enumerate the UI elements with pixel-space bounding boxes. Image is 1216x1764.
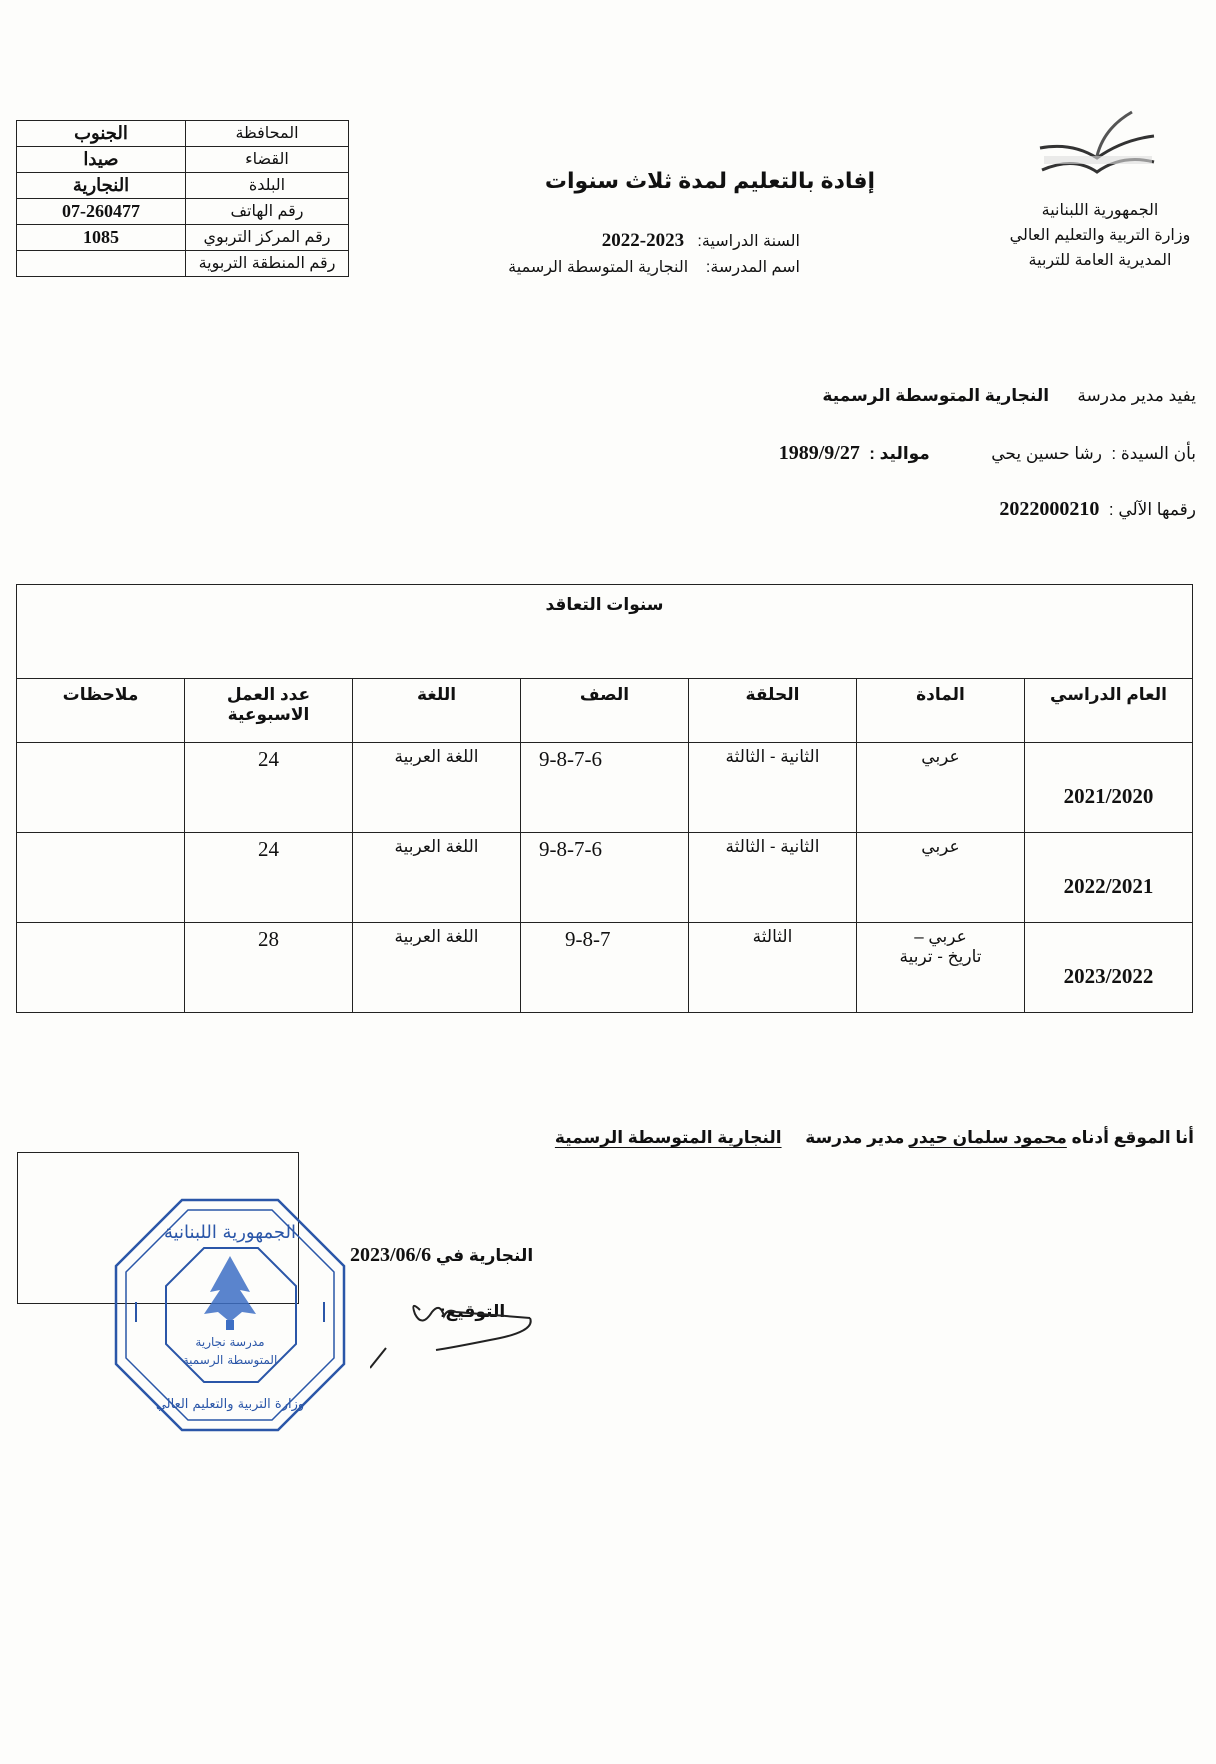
teacher-name: رشا حسين يحي bbox=[991, 444, 1102, 463]
cell-language: اللغة العربية bbox=[353, 923, 521, 1013]
ministry-line-2: وزارة التربية والتعليم العالي bbox=[990, 223, 1210, 248]
info-row: البلدة النجارية bbox=[17, 173, 349, 199]
info-row: المحافظة الجنوب bbox=[17, 121, 349, 147]
cell-subject: عربي bbox=[857, 833, 1025, 923]
info-label: رقم المنطقة التربوية bbox=[186, 251, 349, 277]
employee-number-label: رقمها الآلي : bbox=[1109, 500, 1196, 519]
cell-grades: 9-8-7-6 bbox=[521, 833, 689, 923]
handwritten-signature-icon bbox=[370, 1290, 560, 1370]
document-title: إفادة بالتعليم لمدة ثلاث سنوات bbox=[540, 168, 880, 194]
ministry-line-3: المديرية العامة للتربية bbox=[990, 248, 1210, 273]
cell-notes bbox=[17, 833, 185, 923]
cell-cycle: الثانية - الثالثة bbox=[689, 743, 857, 833]
stamp-outer-bottom: وزارة التربية والتعليم العالي bbox=[156, 1397, 304, 1412]
cell-subject: عربي bbox=[857, 743, 1025, 833]
info-label: المحافظة bbox=[186, 121, 349, 147]
contract-caption: سنوات التعاقد bbox=[17, 585, 1193, 679]
table-row: 2022/2021 عربي الثانية - الثالثة 9-8-7-6… bbox=[17, 833, 1193, 923]
school-name-row: اسم المدرسة: النجارية المتوسطة الرسمية bbox=[490, 255, 800, 281]
info-value: الجنوب bbox=[17, 121, 186, 147]
declaration-prefix: أنا الموقع أدناه bbox=[1072, 1128, 1194, 1147]
info-value: 1085 bbox=[17, 225, 186, 251]
place-date-label: النجارية في bbox=[436, 1246, 533, 1265]
table-row: 2023/2022 عربي – تاريخ - تربية الثالثة 9… bbox=[17, 923, 1193, 1013]
info-label: البلدة bbox=[186, 173, 349, 199]
col-header-subject: المادة bbox=[857, 679, 1025, 743]
table-row: 2021/2020 عربي الثانية - الثالثة 9-8-7-6… bbox=[17, 743, 1193, 833]
cell-language: اللغة العربية bbox=[353, 833, 521, 923]
ministry-header: الجمهورية اللبنانية وزارة التربية والتعل… bbox=[990, 198, 1210, 273]
declaration-school: النجارية المتوسطة الرسمية bbox=[555, 1128, 782, 1147]
stamp-inner-line-2: المتوسطة الرسمية bbox=[183, 1353, 278, 1368]
ministry-line-1: الجمهورية اللبنانية bbox=[990, 198, 1210, 223]
info-label: رقم المركز التربوي bbox=[186, 225, 349, 251]
info-row: رقم المركز التربوي 1085 bbox=[17, 225, 349, 251]
cell-notes bbox=[17, 923, 185, 1013]
place-date: النجارية في 2023/06/6 bbox=[350, 1244, 533, 1267]
academic-year-value: 2023-2022 bbox=[602, 230, 684, 251]
col-header-language: اللغة bbox=[353, 679, 521, 743]
cell-hours: 28 bbox=[185, 923, 353, 1013]
col-header-grade: الصف bbox=[521, 679, 689, 743]
contract-years-table: سنوات التعاقد العام الدراسي المادة الحلق… bbox=[16, 584, 1193, 1013]
declaration-middle: مدير مدرسة bbox=[805, 1128, 904, 1147]
col-header-weekly-hours: عدد العمل الاسبوعية bbox=[185, 679, 353, 743]
cell-grades: 9-8-7-6 bbox=[521, 743, 689, 833]
stamp-outer-top: الجمهورية اللبنانية bbox=[164, 1222, 296, 1243]
birth-date: 1989/9/27 bbox=[779, 442, 860, 464]
body-line-1-school: النجارية المتوسطة الرسمية bbox=[822, 386, 1049, 405]
cell-cycle: الثالثة bbox=[689, 923, 857, 1013]
info-label: رقم الهاتف bbox=[186, 199, 349, 225]
cell-cycle: الثانية - الثالثة bbox=[689, 833, 857, 923]
director-name: محمود سلمان حيدر bbox=[909, 1128, 1067, 1147]
cell-language: اللغة العربية bbox=[353, 743, 521, 833]
info-value: النجارية bbox=[17, 173, 186, 199]
info-row: القضاء صيدا bbox=[17, 147, 349, 173]
academic-year-row: السنة الدراسية: 2023-2022 bbox=[490, 228, 800, 255]
cell-subject: عربي – تاريخ - تربية bbox=[857, 923, 1025, 1013]
cell-year: 2021/2020 bbox=[1025, 743, 1193, 833]
info-value bbox=[17, 251, 186, 277]
contract-caption-row: سنوات التعاقد bbox=[17, 585, 1193, 679]
cell-year: 2022/2021 bbox=[1025, 833, 1193, 923]
body-line-1-prefix: يفيد مدير مدرسة bbox=[1077, 386, 1196, 405]
cell-hours: 24 bbox=[185, 833, 353, 923]
info-value: 07-260477 bbox=[17, 199, 186, 225]
cell-hours: 24 bbox=[185, 743, 353, 833]
signing-date: 2023/06/6 bbox=[350, 1244, 431, 1266]
body-line-1: يفيد مدير مدرسة النجارية المتوسطة الرسمي… bbox=[822, 386, 1196, 406]
academic-year-label: السنة الدراسية: bbox=[697, 233, 800, 250]
director-declaration: أنا الموقع أدناه محمود سلمان حيدر مدير م… bbox=[555, 1128, 1194, 1148]
body-line-3: رقمها الآلي : 2022000210 bbox=[999, 498, 1196, 521]
info-value: صيدا bbox=[17, 147, 186, 173]
contract-header-row: العام الدراسي المادة الحلقة الصف اللغة ع… bbox=[17, 679, 1193, 743]
open-book-logo-icon bbox=[1032, 106, 1162, 186]
school-name-label: اسم المدرسة: bbox=[706, 259, 800, 276]
school-info-table: المحافظة الجنوب القضاء صيدا البلدة النجا… bbox=[16, 120, 349, 277]
cell-year: 2023/2022 bbox=[1025, 923, 1193, 1013]
col-header-notes: ملاحظات bbox=[17, 679, 185, 743]
info-row: رقم الهاتف 07-260477 bbox=[17, 199, 349, 225]
col-header-year: العام الدراسي bbox=[1025, 679, 1193, 743]
info-row: رقم المنطقة التربوية bbox=[17, 251, 349, 277]
col-header-cycle: الحلقة bbox=[689, 679, 857, 743]
official-stamp-icon: مدرسة نجارية المتوسطة الرسمية الجمهورية … bbox=[112, 1196, 348, 1434]
info-label: القضاء bbox=[186, 147, 349, 173]
cell-notes bbox=[17, 743, 185, 833]
teacher-label: بأن السيدة : bbox=[1111, 444, 1196, 463]
body-line-2: بأن السيدة : رشا حسين يحي مواليد : 1989/… bbox=[779, 442, 1196, 465]
employee-number: 2022000210 bbox=[999, 498, 1099, 520]
document-meta: السنة الدراسية: 2023-2022 اسم المدرسة: ا… bbox=[490, 228, 800, 281]
stamp-inner-line-1: مدرسة نجارية bbox=[195, 1335, 264, 1350]
birth-label: مواليد : bbox=[869, 444, 930, 463]
school-name-value: النجارية المتوسطة الرسمية bbox=[508, 259, 688, 276]
cell-grades: 9-8-7 bbox=[521, 923, 689, 1013]
